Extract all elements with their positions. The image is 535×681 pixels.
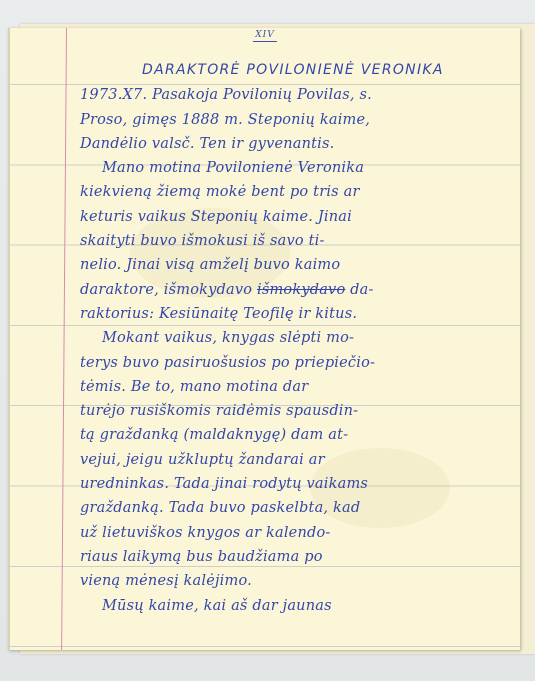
text-line: graždanką. Tada buvo paskelbta, kad	[80, 496, 515, 520]
document-title: DARAKTORĖ POVILONIENĖ VERONIKA	[80, 59, 515, 83]
scan-background: XIV DARAKTORĖ POVILONIENĖ VERONIKA 1973.…	[0, 0, 535, 681]
text-line: vejui, jeigu užkluptų žandarai ar	[80, 448, 515, 472]
text-line: tėmis. Be to, mano motina dar	[80, 375, 515, 399]
notebook-page: XIV DARAKTORĖ POVILONIENĖ VERONIKA 1973.…	[8, 28, 520, 650]
text-line: skaityti buvo išmokusi iš savo ti-	[80, 229, 515, 253]
text-line: vieną mėnesį kalėjimo.	[80, 569, 515, 593]
text-line: Proso, gimęs 1888 m. Steponių kaime,	[80, 108, 515, 132]
text-line: Mokant vaikus, knygas slėpti mo-	[80, 326, 515, 350]
text-line: turėjo rusiškomis raidėmis spausdin-	[80, 399, 515, 423]
struck-out-word: išmokydavo	[257, 282, 345, 298]
text-line: Mūsų kaime, kai aš dar jaunas	[80, 594, 515, 618]
text-line: nelio. Jinai visą amželį buvo kaimo	[80, 253, 515, 277]
margin-line	[61, 28, 67, 650]
text-line: už lietuviškos knygos ar kalendo-	[80, 521, 515, 545]
text-line: Dandėlio valsč. Ten ir gyvenantis.	[80, 132, 515, 156]
text-line: kiekvieną žiemą mokė bent po tris ar	[80, 180, 515, 204]
text-line: raktorius: Kesiūnaitę Teofilę ir kitus.	[80, 302, 515, 326]
text-line: terys buvo pasiruošusios po priepiečio-	[80, 351, 515, 375]
text-line: riaus laikymą bus baudžiama po	[80, 545, 515, 569]
text-line: keturis vaikus Steponių kaime. Jinai	[80, 205, 515, 229]
text-line: Mano motina Povilonienė Veronika	[80, 156, 515, 180]
text-fragment: da-	[345, 282, 373, 298]
text-line: uredninkas. Tada jinai rodytų vaikams	[80, 472, 515, 496]
page-number: XIV	[10, 30, 520, 40]
text-fragment: daraktore, išmokydavo	[80, 282, 257, 298]
text-line-with-strikethrough: daraktore, išmokydavo išmokydavo da-	[80, 278, 515, 302]
text-line: tą graždanką (maldaknygę) dam at-	[80, 423, 515, 447]
text-line: 1973.X7. Pasakoja Povilonių Povilas, s.	[80, 83, 515, 107]
handwritten-text: DARAKTORĖ POVILONIENĖ VERONIKA 1973.X7. …	[80, 59, 515, 618]
